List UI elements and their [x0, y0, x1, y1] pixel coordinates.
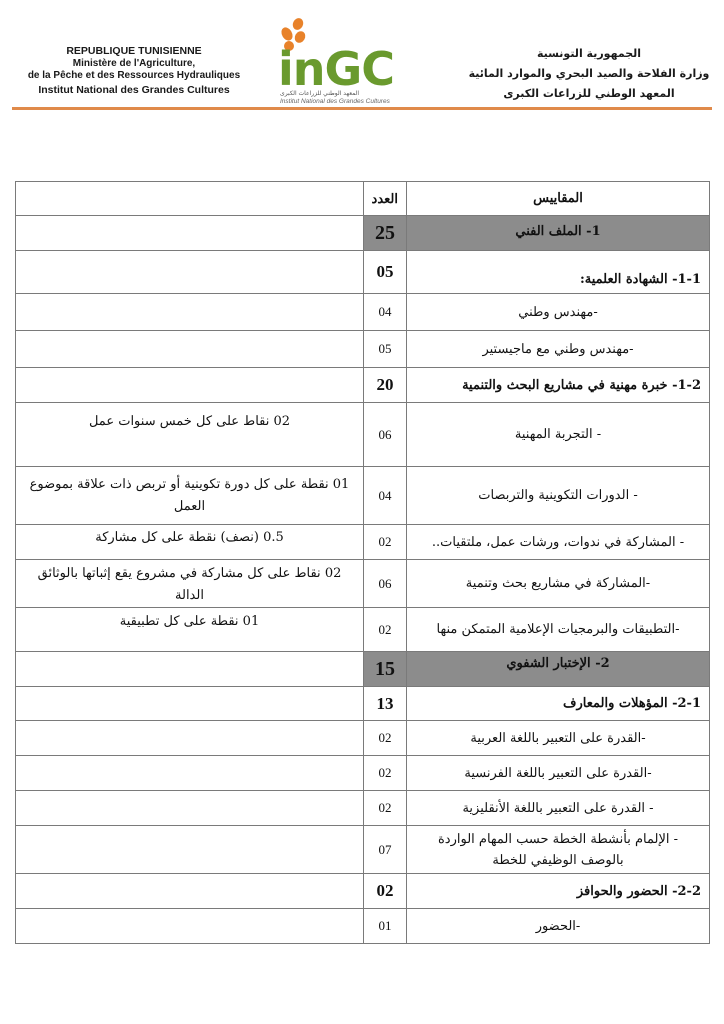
table-row: 2- الإختبار الشفوي 15: [16, 652, 710, 687]
criteria-cell: - التجربة المهنية: [407, 403, 710, 467]
notes-cell: [16, 294, 364, 331]
ingc-logo: inGC المعهد الوطني للزراعات الكبرى Insti…: [276, 18, 456, 102]
table-row: 1- الملف الفني 25: [16, 216, 710, 251]
notes-cell: [16, 368, 364, 403]
table-row: 2-2- الحضور والحوافز 02: [16, 874, 710, 909]
criteria-cell: 1- الملف الفني: [407, 216, 710, 251]
count-cell: 07: [364, 826, 407, 874]
notes-cell: [16, 791, 364, 826]
count-cell: 02: [364, 525, 407, 560]
criteria-cell: -مهندس وطني: [407, 294, 710, 331]
ministry-name-fr-1: Ministère de l'Agriculture,: [14, 58, 254, 70]
count-cell: 04: [364, 467, 407, 525]
header-notes: [16, 182, 364, 216]
notes-cell: [16, 251, 364, 294]
notes-cell: [16, 216, 364, 251]
count-cell: 01: [364, 909, 407, 944]
table-row: -التطبيقات والبرمجيات الإعلامية المتمكن …: [16, 608, 710, 652]
table-row: - القدرة على التعبير باللغة الأنقليزية 0…: [16, 791, 710, 826]
criteria-cell: - المشاركة في ندوات، ورشات عمل، ملتقيات.…: [407, 525, 710, 560]
logo-wordmark: inGC: [278, 46, 394, 92]
table-row: - التجربة المهنية 06 02 نقاط على كل خمس …: [16, 403, 710, 467]
table-row: - الدورات التكوينية والتربصات 04 01 نقطة…: [16, 467, 710, 525]
letterhead-french: REPUBLIQUE TUNISIENNE Ministère de l'Agr…: [14, 44, 254, 98]
letterhead-arabic: الجمهورية التونسية وزارة الفلاحة والصيد …: [464, 44, 714, 104]
table-row: -القدرة على التعبير باللغة الفرنسية 02: [16, 756, 710, 791]
table-row: 1-1- الشهادة العلمية: 05: [16, 251, 710, 294]
table-row: -مهندس وطني مع ماجيستير 05: [16, 331, 710, 368]
header-divider: [12, 107, 712, 110]
criteria-cell: - القدرة على التعبير باللغة الأنقليزية: [407, 791, 710, 826]
criteria-cell: - الإلمام بأنشطة الخطة حسب المهام الوارد…: [407, 826, 710, 874]
notes-cell: [16, 826, 364, 874]
logo-subtitle-fr: Institut National des Grandes Cultures: [280, 98, 390, 105]
table-row: - المشاركة في ندوات، ورشات عمل، ملتقيات.…: [16, 525, 710, 560]
notes-cell: [16, 687, 364, 721]
count-cell: 06: [364, 560, 407, 608]
ministry-name-ar: وزارة الفلاحة والصيد البحري والموارد الم…: [464, 64, 714, 84]
count-cell: 13: [364, 687, 407, 721]
republic-name-fr: REPUBLIQUE TUNISIENNE: [14, 44, 254, 58]
notes-cell: [16, 652, 364, 687]
table-row: 2-1- المؤهلات والمعارف 13: [16, 687, 710, 721]
notes-cell: 02 نقاط على كل مشاركة في مشروع يقع إثبات…: [16, 560, 364, 608]
table-row: -مهندس وطني 04: [16, 294, 710, 331]
criteria-cell: 2-2- الحضور والحوافز: [407, 874, 710, 909]
criteria-cell: -القدرة على التعبير باللغة العربية: [407, 721, 710, 756]
logo-subtitle-ar: المعهد الوطني للزراعات الكبرى: [280, 90, 450, 97]
table-row: - الإلمام بأنشطة الخطة حسب المهام الوارد…: [16, 826, 710, 874]
evaluation-criteria-table: المقاييس العدد 1- الملف الفني 25 1-1- ال…: [15, 181, 710, 944]
notes-cell: 0.5 (نصف) نقطة على كل مشاركة: [16, 525, 364, 560]
table-row: -القدرة على التعبير باللغة العربية 02: [16, 721, 710, 756]
count-cell: 02: [364, 608, 407, 652]
notes-cell: 02 نقاط على كل خمس سنوات عمل: [16, 403, 364, 467]
count-cell: 02: [364, 756, 407, 791]
count-cell: 05: [364, 251, 407, 294]
table-row: 1-2- خبرة مهنية في مشاريع البحث والتنمية…: [16, 368, 710, 403]
table-row: -المشاركة في مشاريع بحث وتنمية 06 02 نقا…: [16, 560, 710, 608]
notes-cell: 01 نقطة على كل دورة تكوينية أو تربص ذات …: [16, 467, 364, 525]
institute-name-fr: Institut National des Grandes Cultures: [14, 83, 254, 98]
count-cell: 06: [364, 403, 407, 467]
count-cell: 02: [364, 874, 407, 909]
notes-cell: [16, 331, 364, 368]
criteria-cell: - الدورات التكوينية والتربصات: [407, 467, 710, 525]
criteria-cell: -القدرة على التعبير باللغة الفرنسية: [407, 756, 710, 791]
count-cell: 05: [364, 331, 407, 368]
notes-cell: [16, 909, 364, 944]
criteria-cell: -الحضور: [407, 909, 710, 944]
count-cell: 15: [364, 652, 407, 687]
criteria-cell: 1-2- خبرة مهنية في مشاريع البحث والتنمية: [407, 368, 710, 403]
count-cell: 04: [364, 294, 407, 331]
criteria-cell: 1-1- الشهادة العلمية:: [407, 251, 710, 294]
letterhead: REPUBLIQUE TUNISIENNE Ministère de l'Agr…: [0, 0, 724, 112]
criteria-cell: 2-1- المؤهلات والمعارف: [407, 687, 710, 721]
count-cell: 02: [364, 721, 407, 756]
republic-name-ar: الجمهورية التونسية: [464, 44, 714, 64]
institute-name-ar: المعهد الوطني للزراعات الكبرى: [464, 84, 714, 104]
table-header-row: المقاييس العدد: [16, 182, 710, 216]
header-count: العدد: [364, 182, 407, 216]
count-cell: 20: [364, 368, 407, 403]
count-cell: 02: [364, 791, 407, 826]
notes-cell: 01 نقطة على كل تطبيقية: [16, 608, 364, 652]
ministry-name-fr-2: de la Pêche et des Ressources Hydrauliqu…: [14, 70, 254, 82]
header-criteria: المقاييس: [407, 182, 710, 216]
notes-cell: [16, 874, 364, 909]
criteria-cell: -المشاركة في مشاريع بحث وتنمية: [407, 560, 710, 608]
table-row: -الحضور 01: [16, 909, 710, 944]
notes-cell: [16, 756, 364, 791]
notes-cell: [16, 721, 364, 756]
criteria-cell: -التطبيقات والبرمجيات الإعلامية المتمكن …: [407, 608, 710, 652]
criteria-cell: 2- الإختبار الشفوي: [407, 652, 710, 687]
criteria-cell: -مهندس وطني مع ماجيستير: [407, 331, 710, 368]
count-cell: 25: [364, 216, 407, 251]
